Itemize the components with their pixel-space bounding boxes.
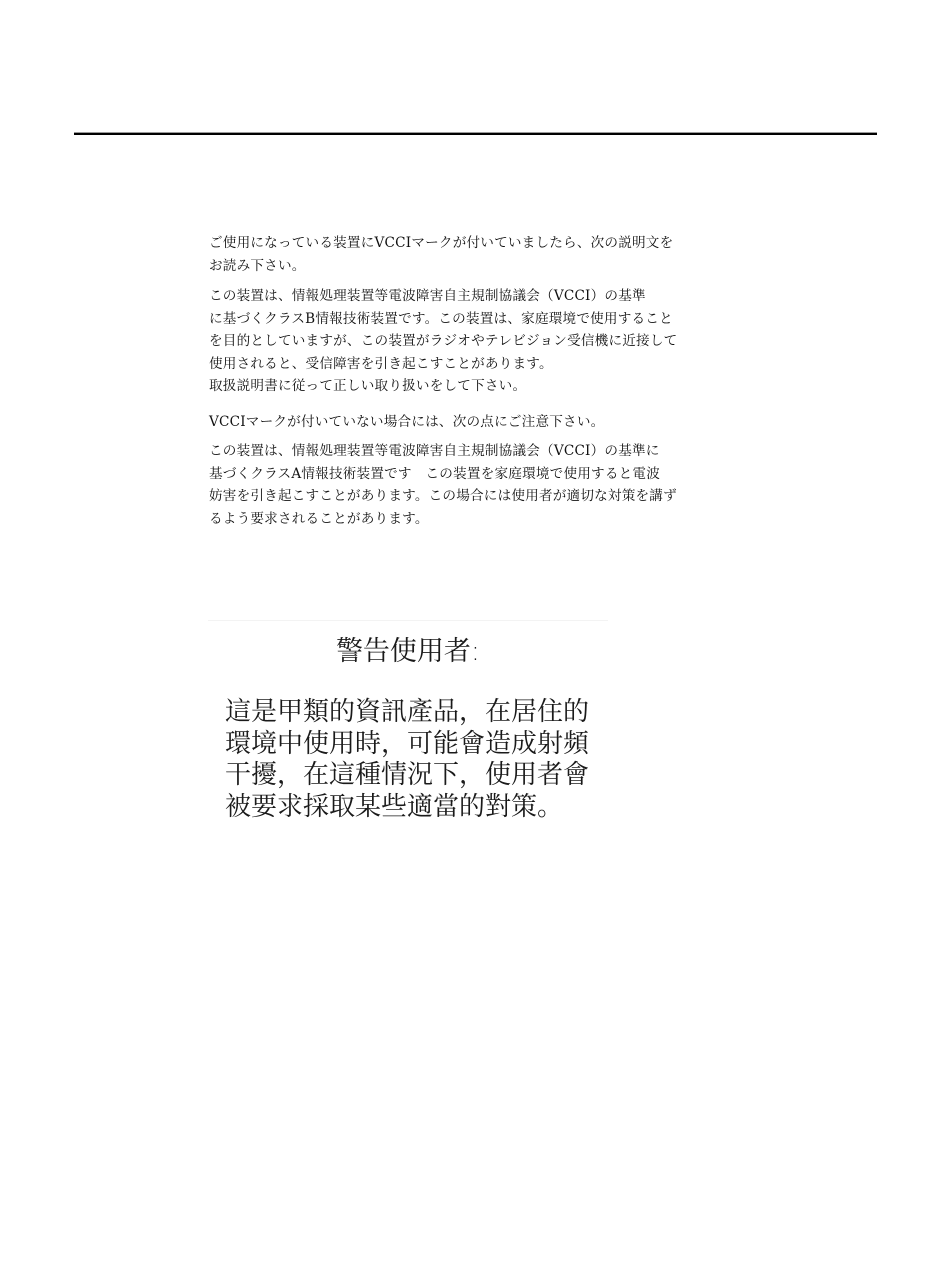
text-line: 這是甲類的資訊產品，在居住的: [225, 697, 605, 729]
text-line: VCCIマークが付いていない場合には、次の点にご注意下さい。: [209, 411, 719, 434]
taiwan-bsmi-warning-panel: 警告使用者: 這是甲類的資訊產品，在居住的 環境中使用時，可能會造成射頻 干擾，…: [208, 620, 608, 831]
vcci-class-b-paragraph: この装置は、情報処理装置等電波障害自主規制協議会（VCCI）の基準 に基づくクラ…: [209, 285, 719, 398]
text-line: 妨害を引き起こすことがあります。この場合には使用者が適切な対策を講ず: [209, 485, 719, 508]
text-line: 環境中使用時，可能會造成射頻: [225, 729, 605, 761]
text-line: を目的としていますが、この装置がラジオやテレビジョン受信機に近接して: [209, 330, 719, 353]
text-line: 使用されると、受信障害を引き起こすことがあります。: [209, 353, 719, 376]
text-line: お読み下さい。: [209, 255, 719, 278]
text-line: に基づくクラスB情報技術装置です。この装置は、家庭環境で使用すること: [209, 308, 719, 331]
text-line: 取扱説明書に従って正しい取り扱いをして下さい。: [209, 375, 719, 398]
text-line: この装置は、情報処理装置等電波障害自主規制協議会（VCCI）の基準: [209, 285, 719, 308]
text-line: 干擾，在這種情況下，使用者會: [225, 760, 605, 792]
warning-body: 這是甲類的資訊產品，在居住的 環境中使用時，可能會造成射頻 干擾，在這種情況下，…: [225, 697, 605, 823]
text-line: ご使用になっている装置にVCCIマークが付いていましたら、次の説明文を: [209, 232, 719, 255]
text-line: この装置は、情報処理装置等電波障害自主規制協議会（VCCI）の基準に: [209, 440, 719, 463]
vcci-class-a-intro: VCCIマークが付いていない場合には、次の点にご注意下さい。: [209, 411, 719, 434]
vcci-class-a-paragraph: この装置は、情報処理装置等電波障害自主規制協議会（VCCI）の基準に 基づくクラ…: [209, 440, 719, 530]
text-line: 基づくクラスA情報技術装置です この装置を家庭環境で使用すると電波: [209, 463, 719, 486]
warning-title: 警告使用者:: [208, 635, 608, 669]
text-line: 被要求採取某些適當的對策。: [225, 792, 605, 824]
vcci-intro-paragraph: ご使用になっている装置にVCCIマークが付いていましたら、次の説明文を お読み下…: [209, 232, 719, 277]
text-line: るよう要求されることがあります。: [209, 508, 719, 531]
header-rule: [74, 132, 877, 135]
